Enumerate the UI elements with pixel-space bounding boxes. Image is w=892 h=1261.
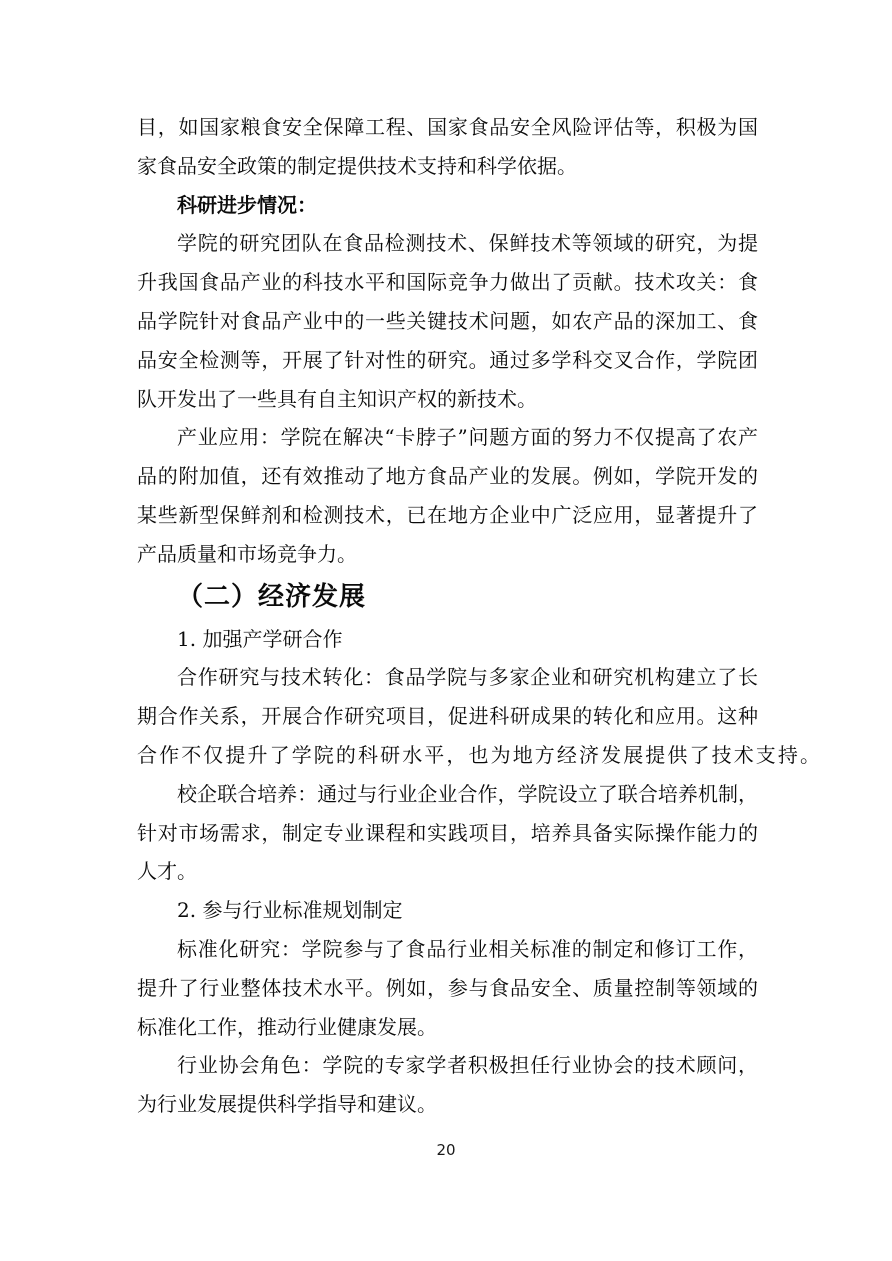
text-line: 某些新型保鲜剂和检测技术，已在地方企业中广泛应用，显著提升了 <box>137 496 758 535</box>
text-line: 1. 加强产学研合作 <box>137 620 758 659</box>
text-line: 产业应用：学院在解决“卡脖子”问题方面的努力不仅提高了农产 <box>137 418 758 457</box>
text-line: 目，如国家粮食安全保障工程、国家食品安全风险评估等，积极为国 <box>137 108 758 147</box>
bold-subheading: 科研进步情况： <box>137 186 758 225</box>
text-line: 针对市场需求，制定专业课程和实践项目，培养具备实际操作能力的 <box>137 814 758 853</box>
text-line: 校企联合培养：通过与行业企业合作，学院设立了联合培养机制， <box>137 775 758 814</box>
text-line: 队开发出了一些具有自主知识产权的新技术。 <box>137 380 758 419</box>
text-line: 合作研究与技术转化：食品学院与多家企业和研究机构建立了长 <box>137 658 758 697</box>
text-line: 2. 参与行业标准规划制定 <box>137 891 758 930</box>
text-line: 期合作关系，开展合作研究项目，促进科研成果的转化和应用。这种 <box>137 697 758 736</box>
text-line: 品安全检测等，开展了针对性的研究。通过多学科交叉合作，学院团 <box>137 341 758 380</box>
text-line: 合作不仅提升了学院的科研水平，也为地方经济发展提供了技术支持。 <box>137 736 820 775</box>
text-line: 品学院针对食品产业中的一些关键技术问题，如农产品的深加工、食 <box>137 302 758 341</box>
text-line: 产品质量和市场竞争力。 <box>137 535 758 574</box>
text-line: 标准化研究：学院参与了食品行业相关标准的制定和修订工作， <box>137 930 758 969</box>
text-line: 为行业发展提供科学指导和建议。 <box>137 1085 758 1124</box>
text-line: 行业协会角色：学院的专家学者积极担任行业协会的技术顾问， <box>137 1046 758 1085</box>
text-line: 提升了行业整体技术水平。例如，参与食品安全、质量控制等领域的 <box>137 969 758 1008</box>
text-line: 升我国食品产业的科技水平和国际竞争力做出了贡献。技术攻关：食 <box>137 263 758 302</box>
text-line: 学院的研究团队在食品检测技术、保鲜技术等领域的研究，为提 <box>137 224 758 263</box>
document-body: 目，如国家粮食安全保障工程、国家食品安全风险评估等，积极为国家食品安全政策的制定… <box>137 108 758 1124</box>
text-line: 品的附加值，还有效推动了地方食品产业的发展。例如，学院开发的 <box>137 457 758 496</box>
section-heading: （二）经济发展 <box>137 574 758 620</box>
document-page: 目，如国家粮食安全保障工程、国家食品安全风险评估等，积极为国家食品安全政策的制定… <box>0 0 892 1261</box>
text-line: 家食品安全政策的制定提供技术支持和科学依据。 <box>137 147 758 186</box>
text-line: 标准化工作，推动行业健康发展。 <box>137 1008 758 1047</box>
text-line: 人才。 <box>137 852 758 891</box>
page-number: 20 <box>0 1141 892 1159</box>
